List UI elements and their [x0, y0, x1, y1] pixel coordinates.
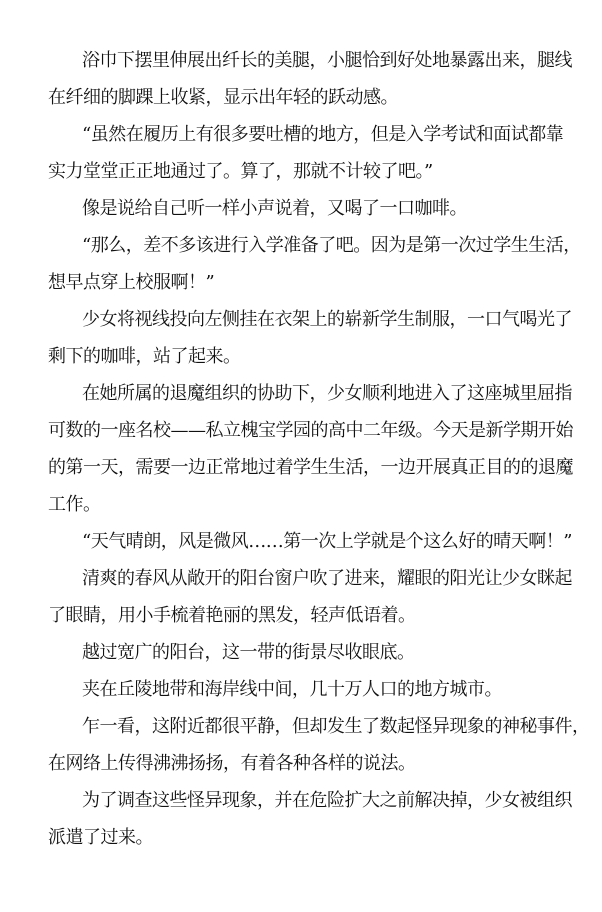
paragraph: 夹在丘陵地带和海岸线中间，几十万人口的地方城市。 [48, 671, 582, 708]
text-line: 实力堂堂正正地通过了。算了，那就不计较了吧。” [48, 153, 582, 190]
text-line: 像是说给自己听一样小声说着，又喝了一口咖啡。 [48, 190, 582, 227]
paragraph: 为了调查这些怪异现象，并在危险扩大之前解决掉，少女被组织派遣了过来。 [48, 782, 582, 856]
paragraph: 少女将视线投向左侧挂在衣架上的崭新学生制服，一口气喝光了剩下的咖啡，站了起来。 [48, 301, 582, 375]
text-line: 浴巾下摆里伸展出纤长的美腿，小腿恰到好处地暴露出来，腿线 [48, 42, 582, 79]
paragraph: 清爽的春风从敞开的阳台窗户吹了进来，耀眼的阳光让少女眯起了眼睛，用小手梳着艳丽的… [48, 560, 582, 634]
text-line: “虽然在履历上有很多要吐槽的地方，但是入学考试和面试都靠 [48, 116, 582, 153]
paragraph: 在她所属的退魔组织的协助下，少女顺利地进入了这座城里屈指可数的一座名校——私立槐… [48, 375, 582, 523]
text-line: 想早点穿上校服啊！” [48, 264, 582, 301]
text-line: 的第一天，需要一边正常地过着学生生活，一边开展真正目的的退魔 [48, 449, 582, 486]
text-line: “那么，差不多该进行入学准备了吧。因为是第一次过学生生活， [48, 227, 582, 264]
text-line: 清爽的春风从敞开的阳台窗户吹了进来，耀眼的阳光让少女眯起 [48, 560, 582, 597]
text-line: “天气晴朗，风是微风……第一次上学就是个这么好的晴天啊！” [48, 523, 582, 560]
document-page: 浴巾下摆里伸展出纤长的美腿，小腿恰到好处地暴露出来，腿线在纤细的脚踝上收紧，显示… [0, 0, 602, 912]
paragraph: 越过宽广的阳台，这一带的街景尽收眼底。 [48, 634, 582, 671]
text-line: 可数的一座名校——私立槐宝学园的高中二年级。今天是新学期开始 [48, 412, 582, 449]
text-line: 在网络上传得沸沸扬扬，有着各种各样的说法。 [48, 745, 582, 782]
text-line: 越过宽广的阳台，这一带的街景尽收眼底。 [48, 634, 582, 671]
paragraph: “天气晴朗，风是微风……第一次上学就是个这么好的晴天啊！” [48, 523, 582, 560]
paragraph: 浴巾下摆里伸展出纤长的美腿，小腿恰到好处地暴露出来，腿线在纤细的脚踝上收紧，显示… [48, 42, 582, 116]
text-line: 少女将视线投向左侧挂在衣架上的崭新学生制服，一口气喝光了 [48, 301, 582, 338]
paragraph: “虽然在履历上有很多要吐槽的地方，但是入学考试和面试都靠实力堂堂正正地通过了。算… [48, 116, 582, 190]
paragraph: 乍一看，这附近都很平静，但却发生了数起怪异现象的神秘事件，在网络上传得沸沸扬扬，… [48, 708, 582, 782]
text-line: 了眼睛，用小手梳着艳丽的黑发，轻声低语着。 [48, 597, 582, 634]
text-line: 为了调查这些怪异现象，并在危险扩大之前解决掉，少女被组织 [48, 782, 582, 819]
text-line: 夹在丘陵地带和海岸线中间，几十万人口的地方城市。 [48, 671, 582, 708]
paragraph: 像是说给自己听一样小声说着，又喝了一口咖啡。 [48, 190, 582, 227]
text-line: 工作。 [48, 486, 582, 523]
page-text: 浴巾下摆里伸展出纤长的美腿，小腿恰到好处地暴露出来，腿线在纤细的脚踝上收紧，显示… [48, 42, 582, 856]
paragraph: “那么，差不多该进行入学准备了吧。因为是第一次过学生生活，想早点穿上校服啊！” [48, 227, 582, 301]
text-line: 派遣了过来。 [48, 819, 582, 856]
text-line: 在纤细的脚踝上收紧，显示出年轻的跃动感。 [48, 79, 582, 116]
text-line: 在她所属的退魔组织的协助下，少女顺利地进入了这座城里屈指 [48, 375, 582, 412]
text-line: 乍一看，这附近都很平静，但却发生了数起怪异现象的神秘事件， [48, 708, 582, 745]
text-line: 剩下的咖啡，站了起来。 [48, 338, 582, 375]
